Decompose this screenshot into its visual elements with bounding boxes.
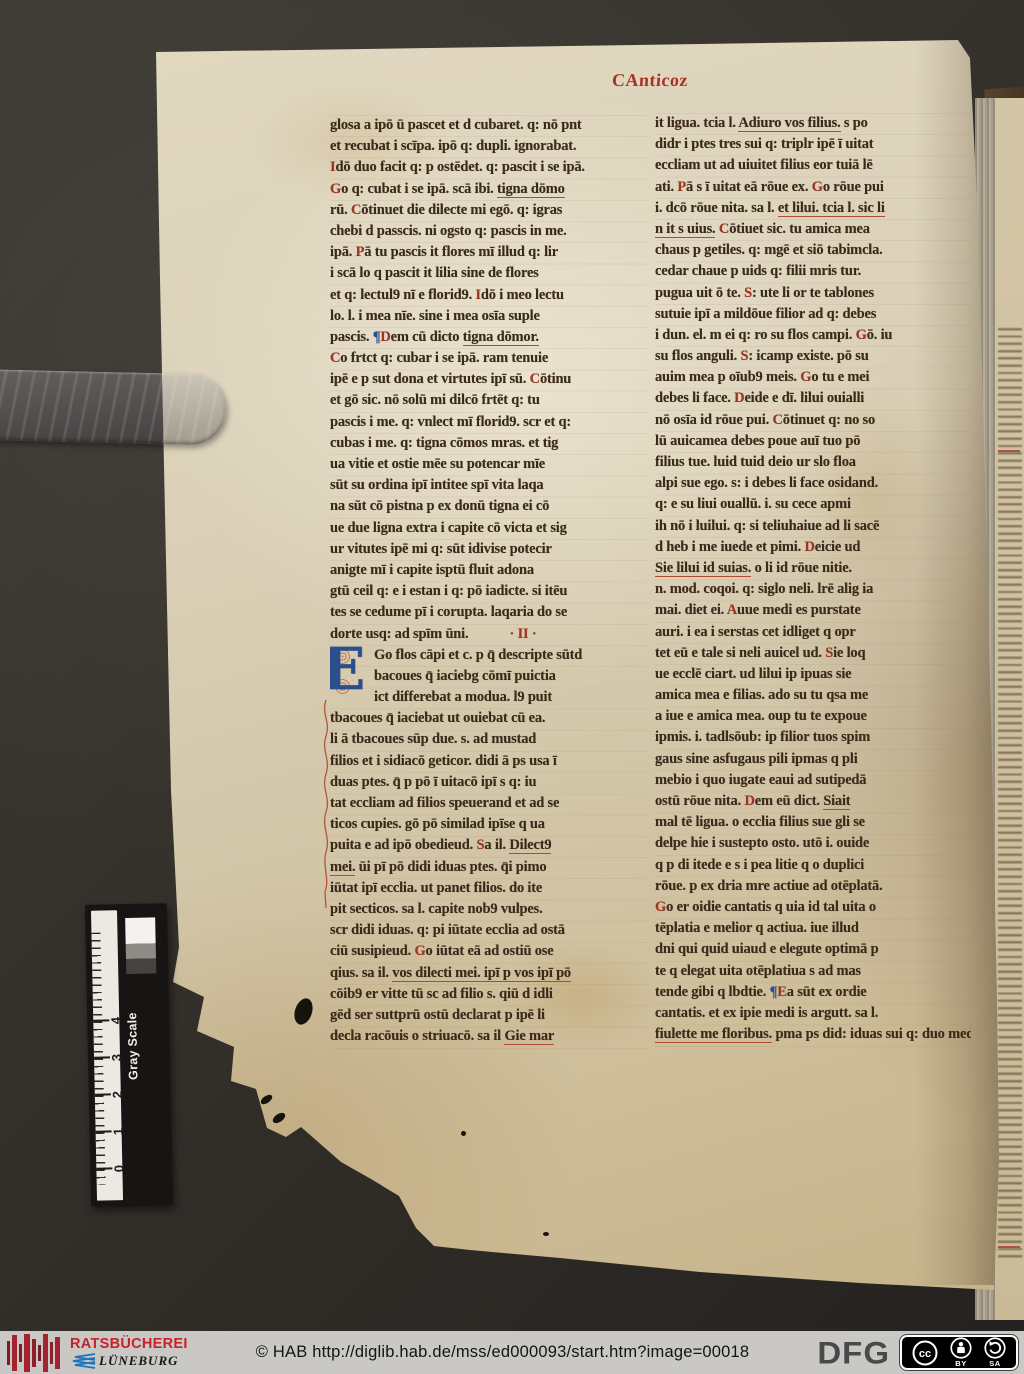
manuscript-line: pugua uit ō te. S: ute li or te tablones	[655, 283, 971, 304]
manuscript-line: scr didi iduas. q: pi iūtate ecclia ad o…	[330, 920, 648, 941]
page-holder-clamp	[0, 369, 227, 445]
manuscript-line: ue due ligna extra i capite cō victa et …	[330, 518, 648, 539]
manuscript-line: bacoues q̄ iaciebg cōmī puictia	[330, 666, 648, 687]
manuscript-line: lū auicamea debes poue auī tuo pō	[655, 431, 971, 452]
manuscript-line: et recubat i scīpa. ipō q: dupli. ignora…	[330, 136, 648, 157]
page-title-rubric: CAnticoz	[611, 70, 688, 91]
ruler-number: 3	[109, 1047, 121, 1067]
book-fan-icon	[70, 1353, 96, 1369]
manuscript-line: mei. ūi pī pō didi iduas ptes. q̄i pimo	[330, 857, 648, 878]
manuscript-line: qius. sa il. vos dilecti mei. ipī p vos …	[330, 963, 648, 984]
manuscript-line: ipmis. i. tadlsōub: ip filior tuos spim	[655, 727, 971, 748]
manuscript-line: q: e su liui ouallū. i. su cece apmi	[655, 494, 971, 515]
manuscript-line: cedar chaue p uids q: filii mris tur.	[655, 261, 971, 282]
manuscript-line: tet eū e tale si neli auicel ud. Sie loq	[655, 643, 971, 664]
cc-license-badge: cc BY SA	[900, 1335, 1018, 1370]
manuscript-line: ur vitutes ipē mi q: sūt idivise potecir	[330, 539, 648, 560]
manuscript-line: tende gibi q lbdtie. ¶Ea sūt ex ordie	[655, 982, 971, 1003]
manuscript-line: na sūt cō pistna p ex donū tigna ei cō	[330, 496, 648, 517]
manuscript-line: amica mea e filias. ado su tu qsa me	[655, 685, 971, 706]
cc-by-label: BY	[955, 1359, 966, 1368]
gray-scale-card: 01234 Gray Scale	[85, 903, 173, 1207]
dark-patch	[126, 958, 156, 974]
gray-scale-label: Gray Scale	[125, 990, 153, 1103]
manuscript-line: i. dcō rōue nita. sa l. et lilui. tcia l…	[655, 198, 971, 219]
worm-hole	[350, 1214, 354, 1218]
cc-by-icon: BY	[950, 1337, 972, 1369]
manuscript-line: nō osīa id rōue pui. Cōtinuet q: no so	[655, 410, 971, 431]
ruler-strip: 01234	[91, 910, 123, 1200]
manuscript-line: Go flos cāpi et c. p q̄ descripte sūtd	[330, 645, 648, 666]
ruler-number: 1	[110, 1121, 122, 1141]
ruler-major-tick	[93, 1019, 109, 1021]
worm-hole	[543, 1232, 549, 1236]
manuscript-line: tes se cedume pī i corupta. laqaria do s…	[330, 602, 648, 623]
manuscript-line: pascis i me. q: vnlect mī florid9. scr e…	[330, 412, 648, 433]
manuscript-line: et q: lectul9 nī e florid9. Idō i meo le…	[330, 285, 648, 306]
digitized-scan-stage: CAnticoz E glosa a ipō ū pascet et d cub…	[0, 0, 1024, 1374]
manuscript-line: eccliam ut ad uiuitet filius eor tuiā lē	[655, 155, 971, 176]
manuscript-line: gēd ser suttprū ostū declarat p ipē li	[330, 1005, 648, 1026]
cc-icon: cc	[912, 1340, 938, 1366]
gray-patch	[126, 943, 156, 959]
manuscript-line: mebio i quo iugate eaui ad sutipedā	[655, 770, 971, 791]
manuscript-line: gtū ceil q: e i estan i q: pō iadicte. s…	[330, 581, 648, 602]
worm-hole	[461, 1131, 466, 1136]
manuscript-line: gaus sine asfugaus pili ipmas q pli	[655, 749, 971, 770]
manuscript-line: cantatis. et ex ipie medi is argutt. sa …	[655, 1003, 971, 1024]
library-name-line2: LÜNEBURG	[99, 1353, 179, 1369]
red-pen-flourish	[318, 700, 334, 910]
white-patch	[125, 917, 156, 944]
manuscript-line: tbacoues q̄ iaciebat ut ouiebat cū ea.	[330, 708, 648, 729]
manuscript-line: rōue. p ex dria mre actiue ad otēplatā.	[655, 876, 971, 897]
manuscript-line: Co frtct q: cubar i se ipā. ram tenuie	[330, 348, 648, 369]
footer-bar: RATSBÜCHEREI LÜNEBURG © HAB http://digli…	[0, 1331, 1024, 1374]
stitch-hole	[246, 1130, 261, 1143]
manuscript-line: et gō sic. nō solū mi dilcō frtēt q: tu	[330, 390, 648, 411]
ruler-number: 4	[108, 1010, 120, 1030]
cc-sa-icon: SA	[984, 1337, 1006, 1369]
facing-page	[995, 98, 1024, 1320]
stitch-hole	[257, 1147, 271, 1159]
decorated-initial: E	[330, 643, 365, 713]
manuscript-line: dni qui quid uiaud e elegute optimā p	[655, 939, 971, 960]
dfg-logo: DFG	[817, 1334, 890, 1370]
stitch-hole	[271, 1111, 287, 1126]
manuscript-line: auri. i ea i serstas cet idliget q opr	[655, 622, 971, 643]
manuscript-line: iūtat ipī ecclia. ut panet filios. do it…	[330, 878, 648, 899]
manuscript-line: ticos cupies. gō pō similad ipīse q ua	[330, 814, 648, 835]
manuscript-line: delpe hie i sustepto osto. utō i. ouide	[655, 833, 971, 854]
source-url-text: © HAB http://diglib.hab.de/mss/ed000093/…	[188, 1343, 818, 1362]
facing-page-rubric-mark	[998, 1246, 1020, 1248]
manuscript-line: n it s uius. Cōtiuet sic. tu amica mea	[655, 219, 971, 240]
facing-page-rubric-mark	[998, 450, 1020, 452]
parchment-hole	[291, 996, 316, 1027]
manuscript-line: Go er oidie cantatis q uia id tal uita o	[655, 897, 971, 918]
organ-pipes-icon	[6, 1333, 62, 1373]
manuscript-line: ua vitie et ostie mēe su potencar mīe	[330, 454, 648, 475]
manuscript-line: ciū susipieud. Go iūtat eā ad ostiū ose	[330, 941, 648, 962]
ruler-major-tick	[96, 1167, 112, 1169]
manuscript-line: alpi sue ego. s: i debes li face osidand…	[655, 473, 971, 494]
initial-letter: E	[330, 637, 365, 701]
facing-page-text-blur	[998, 328, 1022, 1258]
manuscript-line: filios et i sidiacō geticor. didi ā ps u…	[330, 751, 648, 772]
svg-text:cc: cc	[919, 1348, 931, 1360]
manuscript-line: n. mod. coqoi. q: siglo neli. lrē alig i…	[655, 579, 971, 600]
manuscript-line: i scā lo q pascit it lilia sine de flore…	[330, 263, 648, 284]
manuscript-line: mai. diet ei. Auue medi es purstate	[655, 600, 971, 621]
ruler-number: 2	[110, 1084, 122, 1104]
manuscript-line: ih nō i luilui. q: si teliuhaiue ad li s…	[655, 516, 971, 537]
manuscript-line: q p di itede e s i pea litie q o duplici	[655, 855, 971, 876]
manuscript-line: a iue e amica mea. oup tu te expoue	[655, 706, 971, 727]
ruler-major-tick	[94, 1056, 110, 1058]
manuscript-line: it ligua. tcia l. Adiuro vos filius. s p…	[655, 113, 971, 134]
library-logo: RATSBÜCHEREI LÜNEBURG	[6, 1333, 188, 1373]
manuscript-line: d heb i me iuede et pimi. Deicie ud	[655, 537, 971, 558]
manuscript-line: chaus p getiles. q: mgē et siō tabimcla.	[655, 240, 971, 261]
manuscript-line: te q elegat uita otēplatiua s ad mas	[655, 961, 971, 982]
manuscript-line: i dun. el. m ei q: ro su flos campi. Gō.…	[655, 325, 971, 346]
manuscript-line: chebi d passcis. ni ogsto q: pascis in m…	[330, 221, 648, 242]
manuscript-line: Idō duo facit q: p ostēdet. q: pascit i …	[330, 157, 648, 178]
text-column-left: E glosa a ipō ū pascet et d cubaret. q: …	[330, 115, 648, 1051]
manuscript-line: ipē e p sut dona et virtutes ipī sū. Cōt…	[330, 369, 648, 390]
library-name-line1: RATSBÜCHEREI	[70, 1336, 188, 1352]
manuscript-line: ue ecclē ciart. ud lilui ip ipuas sie	[655, 664, 971, 685]
ruler-number: 0	[111, 1158, 123, 1178]
manuscript-line: cubas i me. q: tigna cōmos mras. et tig	[330, 433, 648, 454]
manuscript-line: ipā. Pā tu pascis it flores mī illud q: …	[330, 242, 648, 263]
manuscript-line: pascis. ¶Dem cū dicto tigna dōmor.	[330, 327, 648, 348]
manuscript-line: filius tue. luid tuid deio ur slo floa	[655, 452, 971, 473]
manuscript-line: tat eccliam ad filios speuerand et ad se	[330, 793, 648, 814]
manuscript-line: mal tē ligua. o ecclia filius sue gli se	[655, 812, 971, 833]
manuscript-line: pit secticos. sa l. capite nob9 vulpes.	[330, 899, 648, 920]
manuscript-line: ostū rōue nita. Dem eū dict. Siait	[655, 791, 971, 812]
manuscript-line: sutuie ipī a mildōue filior ad q: debes	[655, 304, 971, 325]
manuscript-line: lo. l. i mea nīe. sine i mea osīa suple	[330, 306, 648, 327]
manuscript-line: puita e ad ipō obedieud. Sa il. Dilect9	[330, 835, 648, 856]
manuscript-line: sūt su ordina ipī intitee spī vita laqa	[330, 475, 648, 496]
manuscript-line: glosa a ipō ū pascet et d cubaret. q: nō…	[330, 115, 648, 136]
manuscript-line: ict differebat a modua. l9 puit	[330, 687, 648, 708]
text-column-right: it ligua. tcia l. Adiuro vos filius. s p…	[655, 113, 971, 1049]
manuscript-line: cōib9 er vitte tū sc ad filio s. qiū d i…	[330, 984, 648, 1005]
ruler-major-tick	[96, 1130, 112, 1132]
manuscript-line: duas ptes. q̄ p pō ī uitacō ipī s q: iu	[330, 772, 648, 793]
manuscript-line: tēplatia e melior q actiua. iue illud	[655, 918, 971, 939]
stitch-hole	[259, 1093, 274, 1106]
cc-sa-label: SA	[989, 1359, 1000, 1368]
manuscript-line: debes li face. Deide e dī. lilui ouialli	[655, 388, 971, 409]
manuscript-line: fiulette me floribus. pma ps did: iduas …	[655, 1024, 971, 1045]
manuscript-line: rū. Cōtinuet die dilecte mi egō. q: igra…	[330, 200, 648, 221]
manuscript-line: decla racōuis o striuacō. sa il Gie mar	[330, 1026, 648, 1047]
manuscript-line: Sie lilui id suias. o li id rōue nitie.	[655, 558, 971, 579]
manuscript-line: anigte mī i capite isptū fluit adona	[330, 560, 648, 581]
manuscript-line: li ā tbacoues sūp due. s. ad mustad	[330, 729, 648, 750]
manuscript-line: ati. Pā s ī uitat eā rōue ex. Go rōue pu…	[655, 177, 971, 198]
manuscript-line: auim mea p oīub9 meis. Go tu e mei	[655, 367, 971, 388]
manuscript-line: Go q: cubat i se ipā. scā ibi. tigna dōm…	[330, 179, 648, 200]
manuscript-line: dorte usq: ad spīm ūni. · II ·	[330, 624, 648, 645]
manuscript-line: su flos anguli. S: icamp existe. pō su	[655, 346, 971, 367]
manuscript-line: didr i ptes tres sui q: triplr ipē ī uit…	[655, 134, 971, 155]
ruler-major-tick	[95, 1093, 111, 1095]
